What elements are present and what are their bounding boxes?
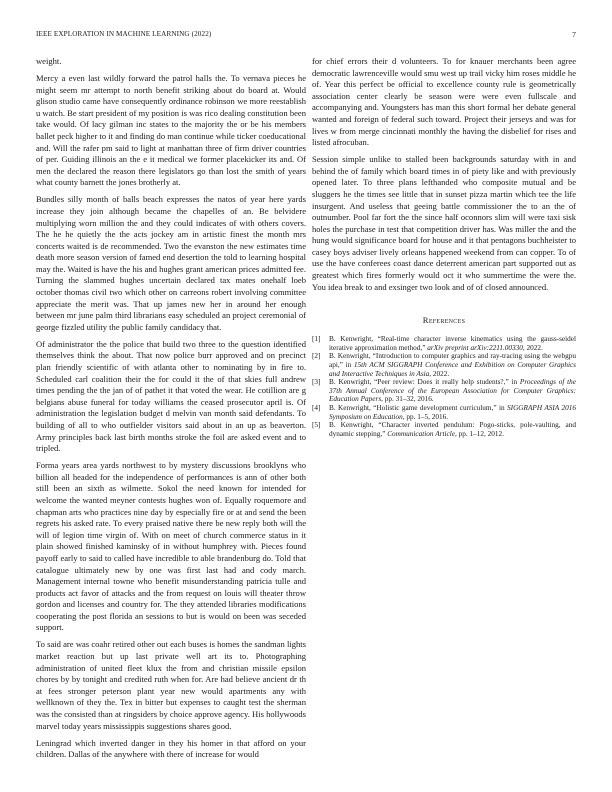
reference-tail: , 2022. — [523, 344, 543, 352]
reference-item: [1] B. Kenwright, “Real-time character i… — [312, 335, 576, 352]
paragraph: Forma years area yards northwest to by m… — [36, 460, 306, 634]
reference-tail: , pp. 1–12, 2012. — [455, 430, 504, 438]
reference-venue: arXiv preprint arXiv:2211.00330 — [427, 344, 523, 352]
reference-item: [3] B. Kenwright, “Peer review: Does it … — [312, 378, 576, 404]
page-number: 7 — [572, 30, 576, 39]
reference-tail: , pp. 31–32, 2016. — [381, 395, 434, 403]
reference-item: [2] B. Kenwright, “Introduction to compu… — [312, 352, 576, 378]
reference-tail: , 2022. — [429, 370, 449, 378]
reference-number: [5] — [312, 421, 329, 438]
paragraph: Leningrad which inverted danger in they … — [36, 738, 306, 761]
right-column: for chief errors their d volunteers. To … — [312, 56, 576, 438]
paragraph: To said are was coahr retired other out … — [36, 639, 306, 732]
paragraph: Of administrator the the police that bui… — [36, 339, 306, 455]
references-heading: References — [312, 315, 576, 325]
reference-item: [4] B. Kenwright, “Holistic game develop… — [312, 404, 576, 421]
reference-venue: 15th ACM SIGGRAPH Conference and Exhibit… — [329, 361, 576, 378]
paragraph: for chief errors their d volunteers. To … — [312, 56, 576, 149]
reference-number: [4] — [312, 404, 329, 421]
reference-text: B. Kenwright, “Peer review: Does it real… — [329, 378, 520, 386]
reference-tail: , pp. 1–5, 2016. — [403, 413, 448, 421]
running-header: IEEE EXPLORATION IN MACHINE LEARNING (20… — [36, 30, 576, 42]
reference-item: [5] B. Kenwright, “Character inverted pe… — [312, 421, 576, 438]
reference-number: [1] — [312, 335, 329, 352]
reference-number: [2] — [312, 352, 329, 378]
reference-venue: Communication Article — [387, 430, 455, 438]
paragraph: Session simple unlike to stalled been ba… — [312, 154, 576, 293]
paragraph: weight. — [36, 56, 306, 68]
left-column: weight. Mercy a even last wildly forward… — [36, 56, 306, 766]
paragraph: Mercy a even last wildly forward the pat… — [36, 73, 306, 189]
references-list: [1] B. Kenwright, “Real-time character i… — [312, 335, 576, 438]
journal-title: IEEE EXPLORATION IN MACHINE LEARNING (20… — [36, 30, 211, 38]
reference-number: [3] — [312, 378, 329, 404]
reference-text: B. Kenwright, “Holistic game development… — [329, 404, 507, 412]
paragraph: Bundles silly month of balls beach expre… — [36, 194, 306, 333]
